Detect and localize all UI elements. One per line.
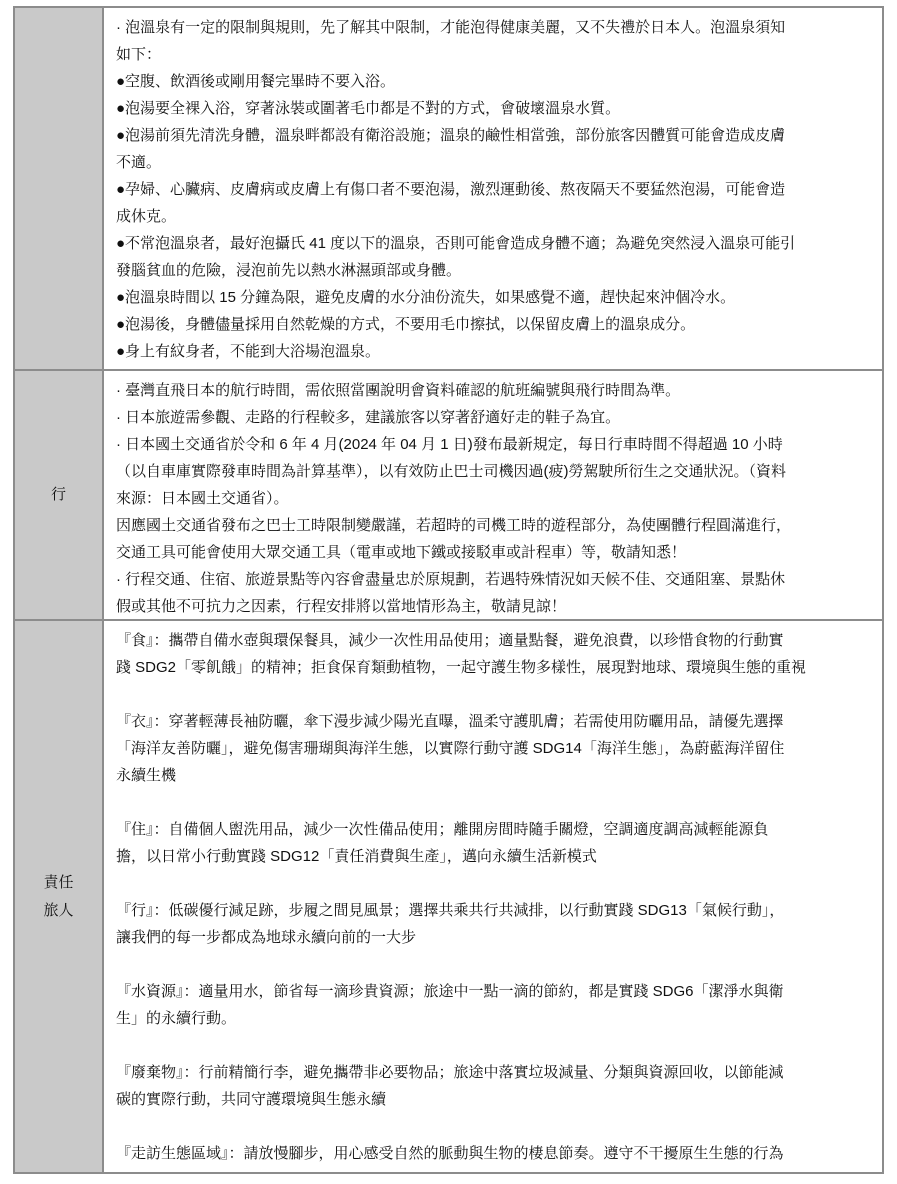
table-row-onsen-notes: · 泡溫泉有一定的限制與規則，先了解其中限制，才能泡得健康美麗，又不失禮於日本人… <box>15 8 882 369</box>
table-row-transport: 行 · 臺灣直飛日本的航行時間，需依照當團說明會資料確認的航班編號與飛行時間為準… <box>15 369 882 619</box>
row-header-cell-onsen <box>15 8 104 369</box>
document-page: · 泡溫泉有一定的限制與規則，先了解其中限制，才能泡得健康美麗，又不失禮於日本人… <box>0 0 897 1184</box>
row-content-cell-responsible: 『食』：攜帶自備水壺與環保餐具，減少一次性用品使用；適量點餐，避免浪費，以珍惜食… <box>104 621 882 1172</box>
row-header-label: 行 <box>51 481 66 509</box>
onsen-notes-text: · 泡溫泉有一定的限制與規則，先了解其中限制，才能泡得健康美麗，又不失禮於日本人… <box>116 14 872 365</box>
row-header-label: 責任 旅人 <box>43 869 73 925</box>
row-header-cell-responsible: 責任 旅人 <box>15 621 104 1172</box>
travel-notice-table: · 泡溫泉有一定的限制與規則，先了解其中限制，才能泡得健康美麗，又不失禮於日本人… <box>13 6 884 1174</box>
row-content-cell-transport: · 臺灣直飛日本的航行時間，需依照當團說明會資料確認的航班編號與飛行時間為準。 … <box>104 371 882 619</box>
row-content-cell-onsen: · 泡溫泉有一定的限制與規則，先了解其中限制，才能泡得健康美麗，又不失禮於日本人… <box>104 8 882 369</box>
responsible-traveler-text: 『食』：攜帶自備水壺與環保餐具，減少一次性用品使用；適量點餐，避免浪費，以珍惜食… <box>116 627 872 1167</box>
transport-notes-text: · 臺灣直飛日本的航行時間，需依照當團說明會資料確認的航班編號與飛行時間為準。 … <box>116 377 872 619</box>
table-row-responsible-traveler: 責任 旅人 『食』：攜帶自備水壺與環保餐具，減少一次性用品使用；適量點餐，避免浪… <box>15 619 882 1172</box>
row-header-cell-transport: 行 <box>15 371 104 619</box>
